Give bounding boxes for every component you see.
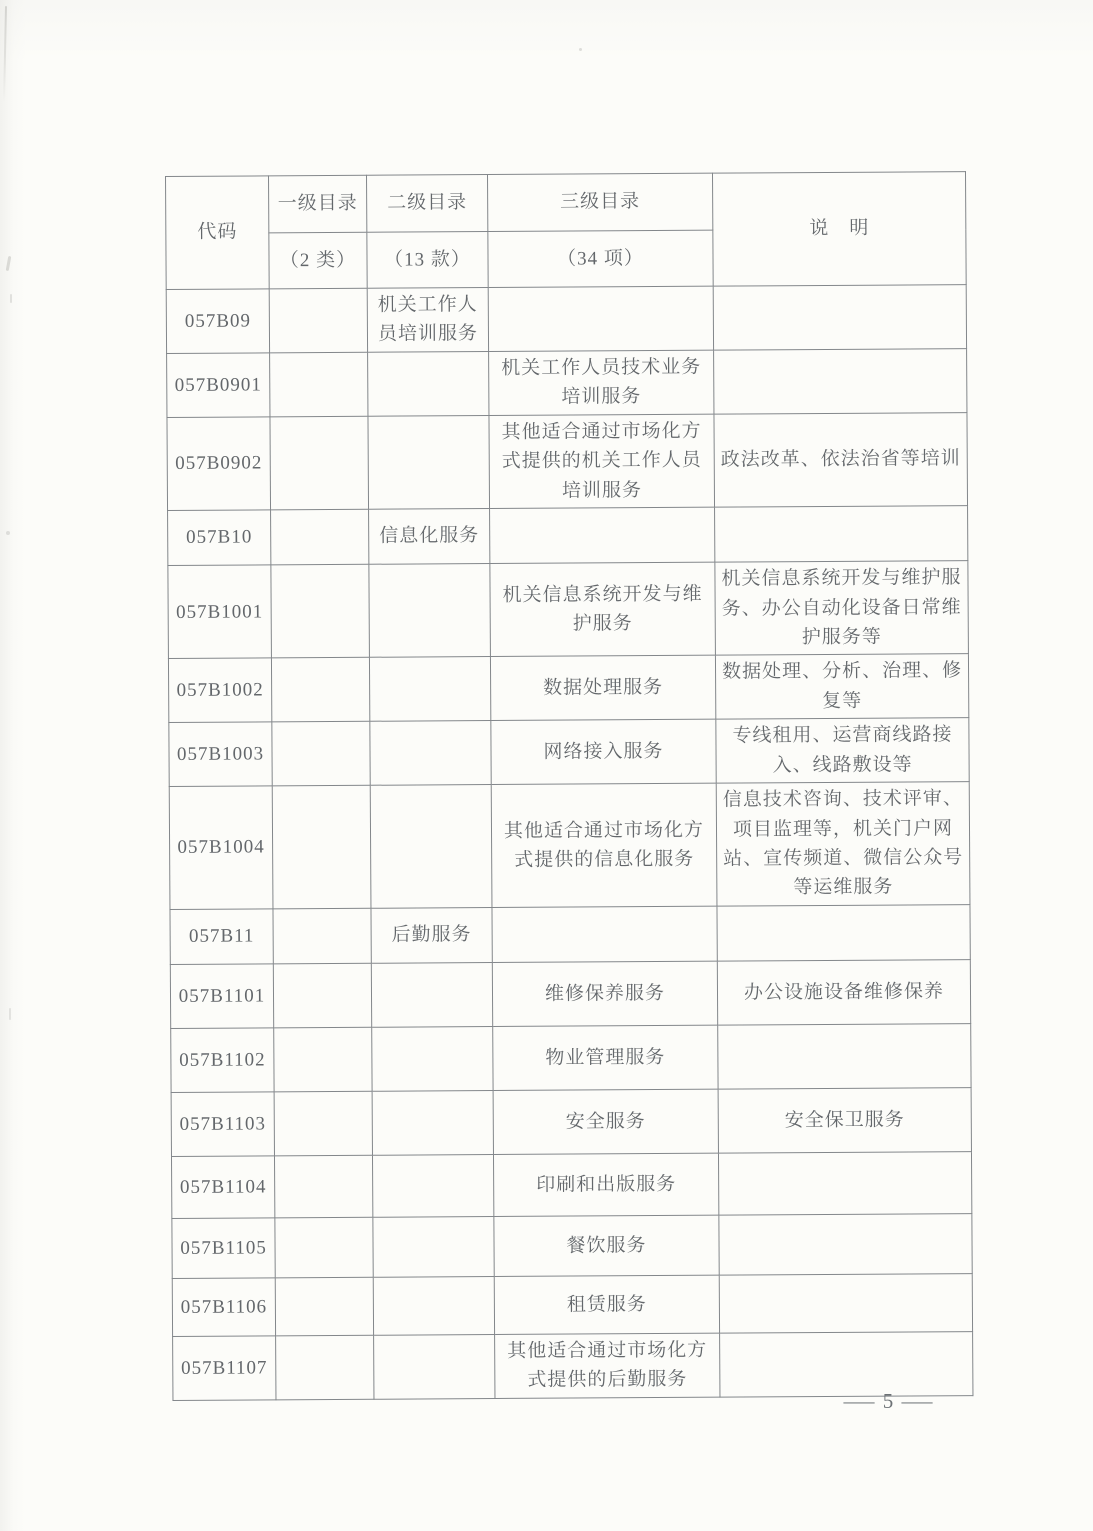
scan-speck <box>6 256 12 271</box>
header-level1: 一级目录 <box>269 175 367 233</box>
level1-cell <box>269 288 367 352</box>
level3-cell: 印刷和出版服务 <box>493 1153 718 1216</box>
header-level1-count: （2 类） <box>269 232 367 289</box>
scan-speck <box>9 1008 11 1020</box>
page-number-value: 5 <box>883 1389 894 1414</box>
note-cell <box>717 904 970 961</box>
level1-cell <box>271 564 370 658</box>
table-row: 057B1004 其他适合通过市场化方式提供的信息化服务 信息技术咨询、技术评审… <box>169 782 970 910</box>
level1-cell <box>274 1027 372 1092</box>
catalog-table-container: 代码 一级目录 二级目录 三级目录 说 明 （2 类） （13 款） （34 项… <box>165 171 972 1401</box>
level2-cell <box>368 415 490 509</box>
note-cell: 办公设施设备维修保养 <box>717 959 970 1025</box>
table-row: 057B1101 维修保养服务 办公设施设备维修保养 <box>170 959 970 1028</box>
table-header: 代码 一级目录 二级目录 三级目录 说 明 （2 类） （13 款） （34 项… <box>166 172 967 290</box>
note-cell <box>715 506 968 563</box>
table-row: 057B1104 印刷和出版服务 <box>171 1151 971 1218</box>
level3-cell <box>492 906 717 962</box>
level3-cell: 机关工作人员技术业务培训服务 <box>489 350 714 415</box>
level3-cell: 物业管理服务 <box>493 1025 718 1090</box>
level3-cell: 餐饮服务 <box>494 1215 719 1276</box>
code-cell: 057B09 <box>166 289 269 354</box>
level3-cell <box>488 286 713 351</box>
level2-cell <box>373 1216 494 1277</box>
scan-speck <box>579 48 582 51</box>
level2-cell <box>374 1334 495 1399</box>
note-cell: 信息技术咨询、技术评审、项目监理等，机关门户网站、宣传频道、微信公众号等运维服务 <box>716 782 970 906</box>
scan-scratch-artifact <box>3 6 7 102</box>
code-cell: 057B11 <box>170 909 273 965</box>
header-note: 说 明 <box>712 172 966 287</box>
level2-cell <box>372 1026 493 1091</box>
code-cell: 057B1102 <box>171 1028 274 1093</box>
level1-cell <box>274 1091 372 1156</box>
level2-cell: 信息化服务 <box>369 509 490 565</box>
table-row: 057B1002 数据处理服务 数据处理、分析、治理、修复等 <box>168 654 968 723</box>
table-row: 057B0902 其他适合通过市场化方式提供的机关工作人员培训服务 政法改革、依… <box>167 412 968 510</box>
level1-cell <box>273 963 371 1028</box>
page-number-dash-right: — <box>902 1388 933 1414</box>
level2-cell <box>370 721 491 786</box>
level2-cell <box>373 1276 494 1335</box>
code-cell: 057B0901 <box>167 353 270 418</box>
header-level2-count: （13 款） <box>367 232 488 289</box>
scan-speck <box>6 531 10 535</box>
level1-cell <box>271 509 369 565</box>
table-row: 057B1103 安全服务 安全保卫服务 <box>171 1087 971 1156</box>
note-cell: 专线租用、运营商线路接入、线路敷设等 <box>716 718 969 783</box>
level1-cell <box>272 785 371 908</box>
level3-cell: 数据处理服务 <box>490 656 715 721</box>
code-cell: 057B10 <box>168 510 271 566</box>
table-row: 057B1001 机关信息系统开发与维护服务 机关信息系统开发与维护服务、办公自… <box>168 561 969 659</box>
page-number: — 5 — <box>828 1388 948 1414</box>
table-row: 057B1003 网络接入服务 专线租用、运营商线路接入、线路敷设等 <box>169 718 969 787</box>
level3-cell: 机关信息系统开发与维护服务 <box>490 562 716 657</box>
code-cell: 057B1003 <box>169 722 272 787</box>
code-cell: 057B1104 <box>171 1156 274 1219</box>
level1-cell <box>271 658 369 722</box>
level1-cell <box>270 352 368 416</box>
code-cell: 057B1001 <box>168 565 272 659</box>
level1-cell <box>270 416 369 510</box>
code-cell: 057B1002 <box>168 658 271 723</box>
code-cell: 057B1101 <box>170 964 273 1029</box>
code-cell: 057B1105 <box>172 1218 275 1279</box>
level2-cell <box>372 1154 493 1217</box>
service-catalog-table: 代码 一级目录 二级目录 三级目录 说 明 （2 类） （13 款） （34 项… <box>165 171 973 1401</box>
level3-cell <box>490 507 715 563</box>
level1-cell <box>275 1277 373 1336</box>
table-row: 057B09 机关工作人员培训服务 <box>166 285 966 354</box>
table-row: 057B11 后勤服务 <box>170 904 970 964</box>
page-number-dash-left: — <box>843 1388 874 1414</box>
level2-cell <box>369 657 490 722</box>
table-row: 057B1105 餐饮服务 <box>172 1213 972 1278</box>
code-cell: 057B1004 <box>169 786 273 909</box>
table-row: 057B1106 租赁服务 <box>172 1273 972 1336</box>
code-cell: 057B1103 <box>171 1092 274 1157</box>
scanned-document-page: 代码 一级目录 二级目录 三级目录 说 明 （2 类） （13 款） （34 项… <box>0 0 1093 1531</box>
level1-cell <box>274 1155 372 1218</box>
code-cell: 057B1106 <box>172 1278 275 1337</box>
table-body: 057B09 机关工作人员培训服务 057B0901 机关工作人员技术业务培训服… <box>166 285 973 1401</box>
table-row: 057B10 信息化服务 <box>168 506 968 566</box>
level2-cell <box>372 1090 493 1155</box>
level3-cell: 其他适合通过市场化方式提供的后勤服务 <box>495 1333 720 1398</box>
note-cell: 安全保卫服务 <box>718 1087 971 1153</box>
code-cell: 057B0902 <box>167 417 271 511</box>
level1-cell <box>273 908 371 964</box>
level2-cell: 机关工作人员培训服务 <box>367 288 488 353</box>
level3-cell: 网络接入服务 <box>491 719 716 784</box>
note-cell <box>719 1213 972 1275</box>
level1-cell <box>275 1217 373 1278</box>
level2-cell <box>368 351 489 416</box>
note-cell: 机关信息系统开发与维护服务、办公自动化设备日常维护服务等 <box>715 561 969 656</box>
note-cell <box>718 1151 971 1215</box>
note-cell <box>713 285 966 350</box>
level2-cell <box>369 564 491 658</box>
level1-cell <box>276 1335 374 1399</box>
table-row: 057B1102 物业管理服务 <box>171 1023 971 1092</box>
level1-cell <box>272 722 370 786</box>
note-cell <box>714 348 967 413</box>
level2-cell: 后勤服务 <box>371 907 492 963</box>
level2-cell <box>370 785 492 908</box>
note-cell: 政法改革、依法治省等培训 <box>714 412 968 507</box>
code-cell: 057B1107 <box>173 1336 276 1401</box>
header-level3: 三级目录 <box>487 173 712 231</box>
header-level3-count: （34 项） <box>488 230 713 287</box>
level3-cell: 安全服务 <box>493 1089 718 1154</box>
note-cell <box>718 1023 971 1089</box>
header-code: 代码 <box>166 176 270 290</box>
level2-cell <box>371 962 492 1027</box>
level3-cell: 其他适合通过市场化方式提供的信息化服务 <box>491 783 717 907</box>
note-cell: 数据处理、分析、治理、修复等 <box>715 654 968 719</box>
note-cell <box>719 1273 972 1333</box>
table-row: 057B0901 机关工作人员技术业务培训服务 <box>167 348 967 417</box>
level3-cell: 其他适合通过市场化方式提供的机关工作人员培训服务 <box>489 414 715 509</box>
scan-speck <box>10 294 12 303</box>
level3-cell: 租赁服务 <box>494 1275 719 1334</box>
level3-cell: 维修保养服务 <box>492 961 717 1026</box>
header-level2: 二级目录 <box>366 175 487 233</box>
header-row-titles: 代码 一级目录 二级目录 三级目录 说 明 <box>166 172 966 234</box>
